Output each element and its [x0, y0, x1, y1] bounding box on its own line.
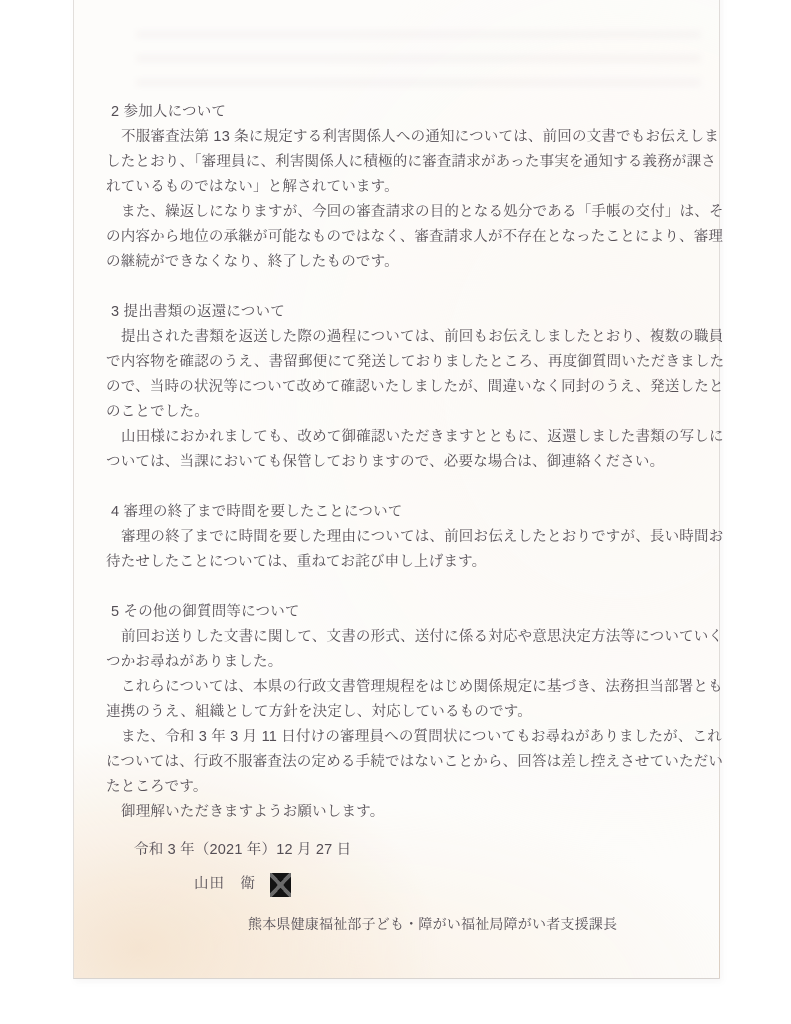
text-line: 不服審査法第 13 条に規定する利害関係人への通知については、前回の文書でもお伝… — [106, 125, 680, 150]
section-returned-documents: 3 提出書類の返還について 提出された書類を返送した際の過程については、前回もお… — [106, 300, 680, 475]
text-line: については、行政不服審査法の定める手続ではないことから、回答は差し控えさせていた… — [106, 750, 680, 775]
text-line: また、令和 3 年 3 月 11 日付けの審理員への質問状についてもお尋ねがあり… — [106, 725, 680, 750]
text-line: ので、当時の状況等について改めて確認いたしましたが、間違いなく同封のうえ、発送し… — [106, 375, 680, 400]
section-heading: 3 提出書類の返還について — [106, 300, 680, 325]
text-line: 連携のうえ、組織として方針を決定し、対応しているものです。 — [106, 700, 680, 725]
section-time-taken: 4 審理の終了まで時間を要したことについて 審理の終了までに時間を要した理由につ… — [106, 500, 680, 575]
text-line: 御理解いただきますようお願いします。 — [106, 800, 680, 825]
organization-line: 熊本県健康福祉部子ども・障がい福祉局障がい者支援課長 — [248, 912, 680, 937]
text-line: 前回お送りした文書に関して、文書の形式、送付に係る対応や意思決定方法等についてい… — [106, 625, 680, 650]
text-line: れているものではない」と解されています。 — [106, 175, 680, 200]
text-line: また、繰返しになりますが、今回の審査請求の目的となる処分である「手帳の交付」は、… — [106, 200, 680, 225]
bleed-through-artifact — [136, 30, 701, 98]
section-heading: 4 審理の終了まで時間を要したことについて — [106, 500, 680, 525]
text-line: 審理の終了までに時間を要した理由については、前回お伝えしたとおりですが、長い時間… — [106, 525, 680, 550]
text-line: 提出された書類を返送した際の過程については、前回もお伝えしましたとおり、複数の職… — [106, 325, 680, 350]
text-line: したとおり、「審理員に、利害関係人に積極的に審査請求があった事実を通知する義務が… — [106, 150, 680, 175]
text-line: これらについては、本県の行政文書管理規程をはじめ関係規定に基づき、法務担当部署と… — [106, 675, 680, 700]
section-heading: 2 参加人について — [106, 100, 680, 125]
section-heading: 5 その他の御質問等について — [106, 600, 680, 625]
scanned-document-page: 2 参加人について 不服審査法第 13 条に規定する利害関係人への通知については… — [73, 0, 720, 979]
text-line: の内容から地位の承継が可能なものではなく、審査請求人が不存在となったことにより、… — [106, 225, 680, 250]
text-line: のことでした。 — [106, 400, 680, 425]
text-line: ついては、当課においても保管しておりますので、必要な場合は、御連絡ください。 — [106, 450, 680, 475]
text-line: で内容物を確認のうえ、書留郵便にて発送しておりましたところ、再度御質問いただきま… — [106, 350, 680, 375]
document-body: 2 参加人について 不服審査法第 13 条に規定する利害関係人への通知については… — [106, 100, 680, 937]
section-other-questions: 5 その他の御質問等について 前回お送りした文書に関して、文書の形式、送付に係る… — [106, 600, 680, 825]
text-line: の継続ができなくなり、終了したものです。 — [106, 250, 680, 275]
text-line: たところです。 — [106, 775, 680, 800]
signer-name: 山田 衛 — [194, 872, 256, 897]
signer-row: 山田 衛 — [194, 872, 680, 897]
text-line: 待たせしたことについては、重ねてお詫び申し上げます。 — [106, 550, 680, 575]
redaction-stamp-icon — [270, 873, 291, 897]
text-line: つかお尋ねがありました。 — [106, 650, 680, 675]
scan-background: 2 参加人について 不服審査法第 13 条に規定する利害関係人への通知については… — [0, 0, 791, 1024]
date-line: 令和 3 年（2021 年）12 月 27 日 — [134, 838, 680, 863]
text-line: 山田様におかれましても、改めて御確認いただきますとともに、返還しました書類の写し… — [106, 425, 680, 450]
closing-block: 令和 3 年（2021 年）12 月 27 日 山田 衛 熊本県健康福祉部子ども… — [106, 838, 680, 937]
section-participants: 2 参加人について 不服審査法第 13 条に規定する利害関係人への通知については… — [106, 100, 680, 275]
